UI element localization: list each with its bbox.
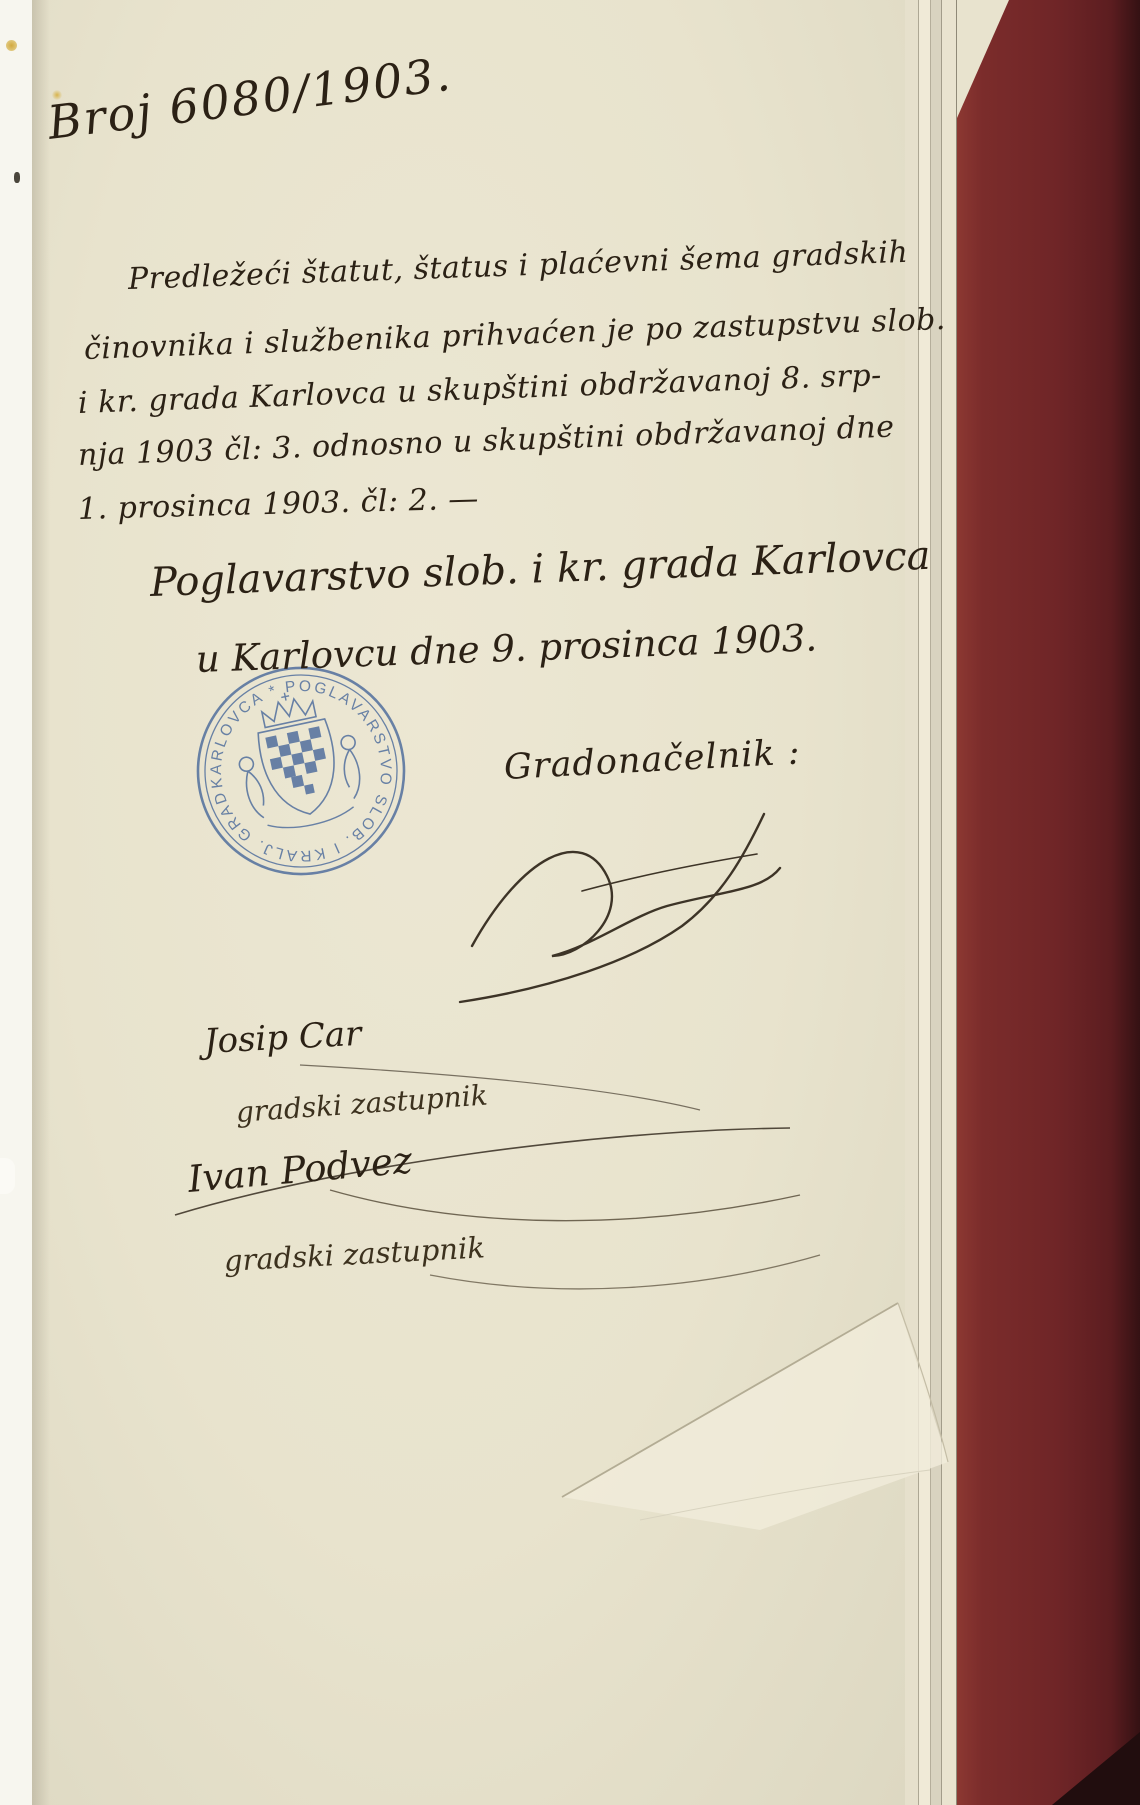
scanned-archive-book: { "document": { "reference_number": "Bro… xyxy=(0,0,1140,1805)
page-stack-edge xyxy=(931,0,942,1805)
page-edge-notch xyxy=(0,1158,15,1194)
mayor-signature xyxy=(432,796,832,1026)
paper-stain xyxy=(6,40,17,51)
page-binding-crease xyxy=(32,0,50,1805)
svg-text:KARLOVCA * POGLAVARSTVO SLOB.: KARLOVCA * POGLAVARSTVO SLOB. I KRALJ. G… xyxy=(190,660,411,881)
page-stack-edge xyxy=(905,0,919,1805)
stamp-ring-text: KARLOVCA * POGLAVARSTVO SLOB. I KRALJ. G… xyxy=(190,660,411,881)
scanner-edge-strip xyxy=(0,0,32,1805)
page-stack-edge xyxy=(919,0,931,1805)
municipal-seal-stamp: KARLOVCA * POGLAVARSTVO SLOB. I KRALJ. G… xyxy=(190,660,412,882)
paper-speck xyxy=(14,172,20,183)
book-cover xyxy=(957,0,1140,1805)
signature-name: Josip Car xyxy=(203,1014,362,1062)
page-stack-edge xyxy=(942,0,957,1805)
